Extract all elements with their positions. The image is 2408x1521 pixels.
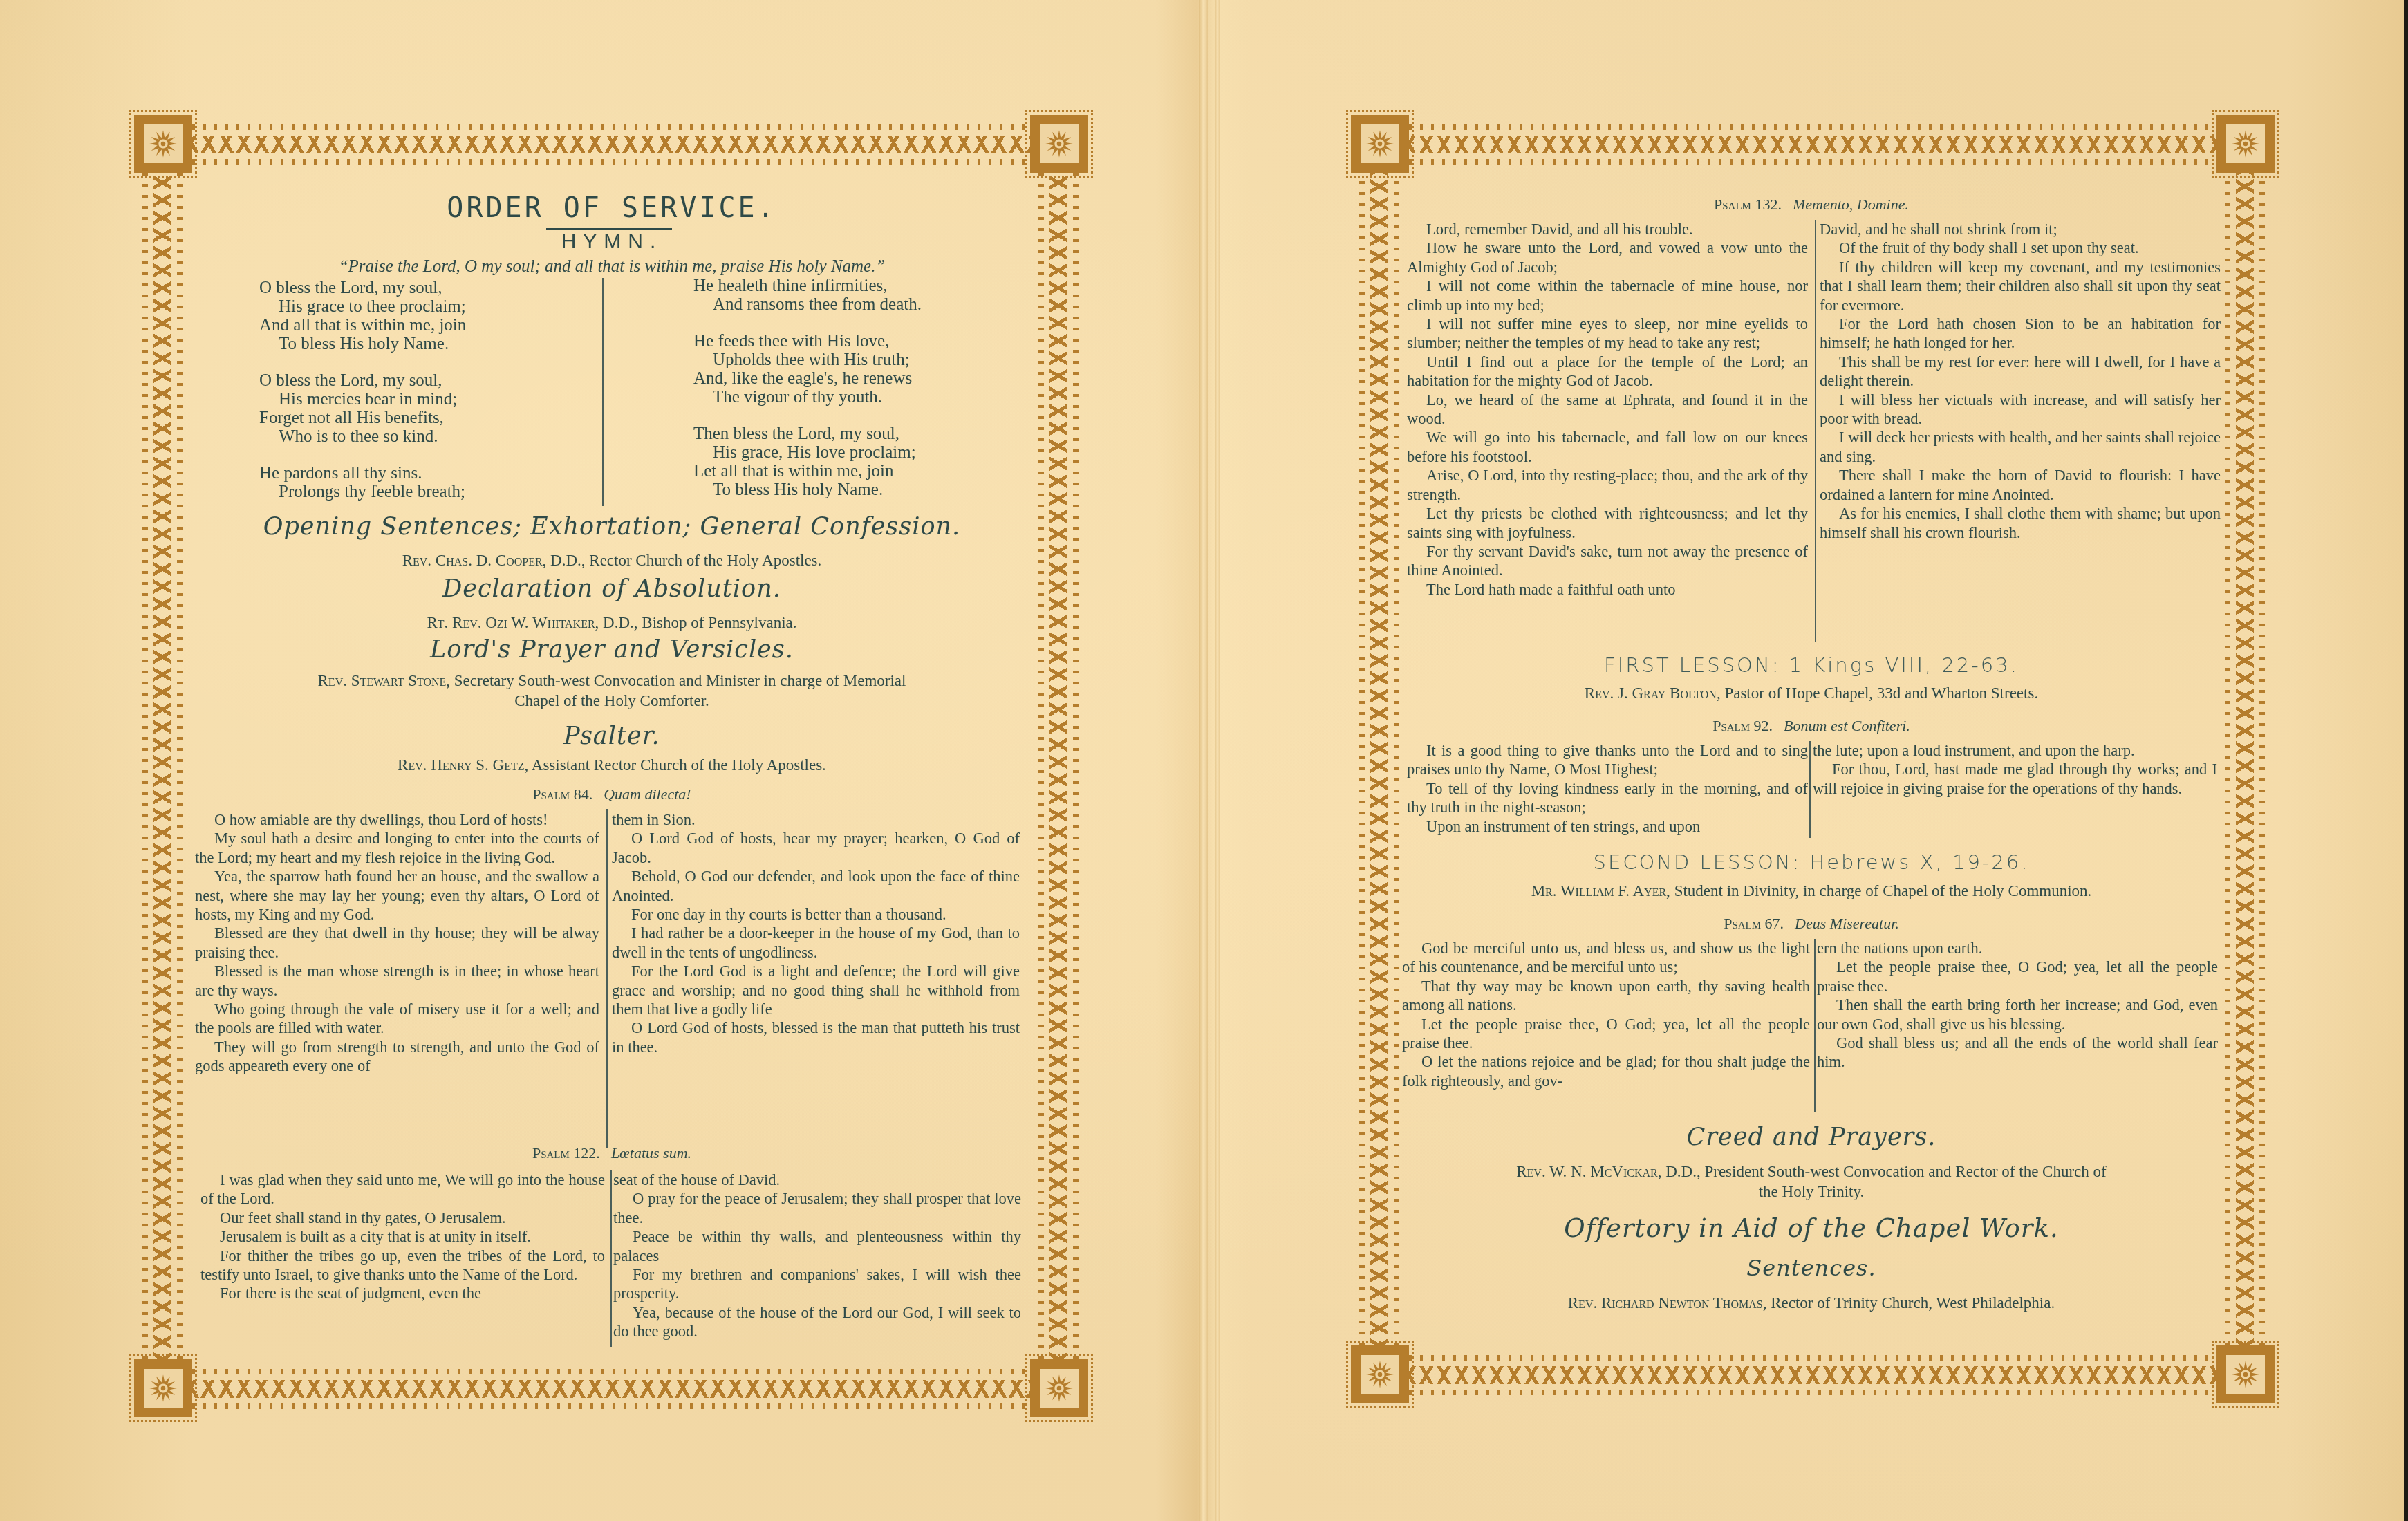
psalm-verse: Let the people praise thee, O God; yea, … xyxy=(1817,958,2218,996)
psalm-122-right-column: seat of the house of David.O pray for th… xyxy=(613,1170,1021,1341)
officiant-role: Assistant Rector Church of the Holy Apos… xyxy=(528,756,826,774)
officiant-role: Student in Divinity, in charge of Chapel… xyxy=(1670,882,2091,899)
psalm-92-right-column: the lute; upon a loud instrument, and up… xyxy=(1813,741,2217,798)
first-lesson-heading: FIRST LESSON: 1 Kings VIII, 22-63. xyxy=(1403,653,2219,677)
officiant-whitaker: Rt. Rev. Ozi W. Whitaker, D.D., Bishop o… xyxy=(194,613,1030,633)
psalm-verse: the lute; upon a loud instrument, and up… xyxy=(1813,741,2217,760)
psalm-67-right-column: ern the nations upon earth.Let the peopl… xyxy=(1817,939,2218,1072)
hymn-epigraph: “Praise the Lord, O my soul; and all tha… xyxy=(194,257,1030,277)
section-heading-psalter: Psalter. xyxy=(194,722,1030,750)
officiant-cooper: Rev. Chas. D. Cooper, D.D., Rector Churc… xyxy=(194,550,1030,570)
psalm-verse: God be merciful unto us, and bless us, a… xyxy=(1402,939,1810,977)
psalm-verse: The Lord hath made a faithful oath unto xyxy=(1407,580,1808,599)
psalm-verse: I will deck her priests with health, and… xyxy=(1820,428,2221,466)
officiant-bolton: Rev. J. Gray Bolton, Pastor of Hope Chap… xyxy=(1403,683,2219,703)
psalm-verse: Peace be within thy walls, and plenteous… xyxy=(613,1227,1021,1265)
rosette-icon xyxy=(1365,1359,1395,1390)
hymn-line: He healeth thine infirmities, xyxy=(693,277,1025,295)
gutter-fold-edge xyxy=(1215,0,1220,1521)
officiant-thomas: Rev. Richard Newton Thomas, Rector of Tr… xyxy=(1403,1293,2219,1313)
psalm-122-heading: Psalm 122.Lœtatus sum. xyxy=(194,1144,1030,1162)
psalm-verse: Lord, remember David, and all his troubl… xyxy=(1407,220,1808,239)
rosette-icon xyxy=(1365,129,1395,159)
psalm-84-heading: Psalm 84.Quam dilecta! xyxy=(194,785,1030,803)
psalm-verse: Yea, because of the house of the Lord ou… xyxy=(613,1303,1021,1341)
officiant-name: Mr. William F. Ayer, xyxy=(1531,882,1670,899)
psalm-verse: O pray for the peace of Jerusalem; they … xyxy=(613,1189,1021,1227)
psalm-verse: I will bless her victuals with increase,… xyxy=(1820,391,2221,429)
psalm-132-heading: Psalm 132.Memento, Domine. xyxy=(1403,196,2219,214)
psalm-verse: Upon an instrument of ten strings, and u… xyxy=(1407,817,1808,836)
corner-rosette-icon xyxy=(1351,115,1409,173)
section-heading-lords-prayer: Lord's Prayer and Versicles. xyxy=(194,636,1030,664)
program-spread: ORDER OF SERVICE. HYMN. “Praise the Lord… xyxy=(0,0,2408,1521)
psalm-verse: I will not suffer mine eyes to sleep, no… xyxy=(1407,315,1808,353)
rosette-icon xyxy=(1044,129,1074,159)
psalm-verse: ern the nations upon earth. xyxy=(1817,939,2218,958)
psalm-verse: O let the nations rejoice and be glad; f… xyxy=(1402,1052,1810,1090)
hymn-line: Then bless the Lord, my soul, xyxy=(693,424,1025,443)
psalm-verse: I had rather be a door-keeper in the hou… xyxy=(612,924,1020,962)
psalm-verse: Our feet shall stand in thy gates, O Jer… xyxy=(200,1209,605,1227)
hymn-line: Prolongs thy feeble breath; xyxy=(259,483,591,501)
hymn-line: His grace, His love proclaim; xyxy=(693,443,1025,462)
psalm-84-left-column: O how amiable are thy dwellings, thou Lo… xyxy=(195,810,599,1076)
hymn-line: And all that is within me, join xyxy=(259,316,591,335)
corner-rosette-icon xyxy=(134,1359,192,1417)
psalm-number: Psalm 122. xyxy=(532,1144,600,1161)
hymn-line: He feeds thee with His love, xyxy=(693,332,1025,351)
psalm-number: Psalm 92. xyxy=(1712,717,1773,734)
hymn-line: To bless His holy Name. xyxy=(259,335,591,353)
psalm-verse: It is a good thing to give thanks unto t… xyxy=(1407,741,1808,779)
section-heading-creed: Creed and Prayers. xyxy=(1403,1123,2219,1151)
psalm-verse: As for his enemies, I shall clothe them … xyxy=(1820,504,2221,542)
psalm-verse: Then shall the earth bring forth her inc… xyxy=(1817,996,2218,1034)
psalm-verse: For there is the seat of judgment, even … xyxy=(200,1284,605,1303)
psalm-verse: For the Lord God is a light and defence;… xyxy=(612,962,1020,1018)
officiant-name: Rev. W. N. McVickar, xyxy=(1516,1163,1661,1180)
psalm-verse: For thou, Lord, hast made me glad throug… xyxy=(1813,760,2217,798)
psalm-verse: There shall I make the horn of David to … xyxy=(1820,466,2221,504)
hymn-line: His mercies bear in mind; xyxy=(259,390,591,409)
border-top xyxy=(1405,124,2221,165)
officiant-role: D.D., Rector Church of the Holy Apostles… xyxy=(546,552,821,569)
corner-rosette-icon xyxy=(2216,115,2275,173)
officiant-name: Rev. Henry S. Getz, xyxy=(398,756,528,774)
psalm-verse: To tell of thy loving kindness early in … xyxy=(1407,779,1808,817)
psalm-latin-title: Bonum est Confiteri. xyxy=(1784,717,1910,734)
rosette-icon xyxy=(2230,1359,2261,1390)
psalm-verse: Lo, we heard of the same at Ephrata, and… xyxy=(1407,391,1808,429)
psalm-latin-title: Deus Misereatur. xyxy=(1795,915,1899,932)
psalm-67-left-column: God be merciful unto us, and bless us, a… xyxy=(1402,939,1810,1090)
officiant-name: Rt. Rev. Ozi W. Whitaker, xyxy=(427,614,599,631)
officiant-role: D.D., President South-west Convocation a… xyxy=(1661,1163,2106,1180)
psalm-verse: Blessed are they that dwell in thy house… xyxy=(195,924,599,962)
psalm-latin-title: Memento, Domine. xyxy=(1793,196,1909,213)
border-top xyxy=(188,124,1037,165)
psalm-92-heading: Psalm 92.Bonum est Confiteri. xyxy=(1403,717,2219,735)
hymn-right-column: He healeth thine infirmities,And ransoms… xyxy=(693,277,1025,499)
psalm-verse: O Lord God of hosts, hear my prayer; hea… xyxy=(612,829,1020,867)
psalm-verse: For the Lord hath chosen Sion to be an h… xyxy=(1820,315,2221,353)
officiant-name: Rev. Richard Newton Thomas, xyxy=(1568,1294,1767,1312)
psalm-latin-title: Lœtatus sum. xyxy=(611,1144,691,1161)
hymn-line: To bless His holy Name. xyxy=(693,480,1025,499)
psalm-67-column-rule xyxy=(1814,939,1816,1112)
officiant-name: Rev. Stewart Stone, xyxy=(318,672,451,689)
hymn-line: He pardons all thy sins. xyxy=(259,464,591,483)
corner-rosette-icon xyxy=(1030,1359,1088,1417)
psalm-number: Psalm 67. xyxy=(1724,915,1784,932)
corner-rosette-icon xyxy=(134,115,192,173)
psalm-verse: We will go into his tabernacle, and fall… xyxy=(1407,428,1808,466)
psalm-122-column-rule xyxy=(610,1170,612,1347)
psalm-verse: Yea, the sparrow hath found her an house… xyxy=(195,867,599,924)
officiant-role: Pastor of Hope Chapel, 33d and Wharton S… xyxy=(1721,684,2038,702)
officiant-name: Rev. J. Gray Bolton, xyxy=(1585,684,1721,702)
psalm-verse: Let the people praise thee, O God; yea, … xyxy=(1402,1015,1810,1053)
hymn-line: Forget not all His benefits, xyxy=(259,409,591,427)
officiant-role: Secretary South-west Convocation and Min… xyxy=(450,672,906,689)
corner-rosette-icon xyxy=(1351,1345,1409,1403)
psalm-132-column-rule xyxy=(1815,220,1816,642)
psalm-verse: Blessed is the man whose strength is in … xyxy=(195,962,599,1000)
psalm-verse: I was glad when they said unto me, We wi… xyxy=(200,1170,605,1209)
border-right xyxy=(1038,173,1079,1363)
border-right xyxy=(2225,173,2265,1350)
section-heading-sentences: Sentences. xyxy=(1403,1255,2219,1281)
psalm-verse: My soul hath a desire and longing to ent… xyxy=(195,829,599,867)
scan-edge xyxy=(2404,0,2408,1521)
hymn-line: And, like the eagle's, he renews xyxy=(693,369,1025,388)
psalm-verse: David, and he shall not shrink from it; xyxy=(1820,220,2221,239)
officiant-name: Rev. Chas. D. Cooper, xyxy=(402,552,547,569)
section-heading-absolution: Declaration of Absolution. xyxy=(194,575,1030,603)
officiant-getz: Rev. Henry S. Getz, Assistant Rector Chu… xyxy=(194,755,1030,775)
rosette-icon xyxy=(2230,129,2261,159)
hymn-heading: HYMN. xyxy=(194,230,1030,254)
psalm-verse: Until I find out a place for the temple … xyxy=(1407,353,1808,391)
section-heading-opening: Opening Sentences; Exhortation; General … xyxy=(194,513,1030,541)
corner-rosette-icon xyxy=(2216,1345,2275,1403)
psalm-132-left-column: Lord, remember David, and all his troubl… xyxy=(1407,220,1808,599)
border-bottom xyxy=(1405,1355,2221,1395)
hymn-line: And ransoms thee from death. xyxy=(693,295,1025,314)
psalm-verse: For thy servant David's sake, turn not a… xyxy=(1407,542,1808,580)
psalm-number: Psalm 132. xyxy=(1714,196,1782,213)
rosette-icon xyxy=(1044,1373,1074,1403)
hymn-line: O bless the Lord, my soul, xyxy=(259,371,591,390)
officiant-role-cont: the Holy Trinity. xyxy=(1759,1183,1865,1200)
psalm-verse: Let thy priests be clothed with righteou… xyxy=(1407,504,1808,542)
officiant-role-cont: Chapel of the Holy Comforter. xyxy=(514,692,709,709)
psalm-verse: Jerusalem is built as a city that is at … xyxy=(200,1227,605,1246)
psalm-verse: For one day in thy courts is better than… xyxy=(612,905,1020,924)
second-lesson-heading: SECOND LESSON: Hebrews X, 19-26. xyxy=(1403,850,2219,874)
officiant-ayer: Mr. William F. Ayer, Student in Divinity… xyxy=(1403,881,2219,901)
hymn-left-column: O bless the Lord, my soul,His grace to t… xyxy=(259,279,591,501)
psalm-verse: them in Sion. xyxy=(612,810,1020,829)
psalm-verse: How he sware unto the Lord, and vowed a … xyxy=(1407,239,1808,277)
psalm-verse: For my brethren and companions' sakes, I… xyxy=(613,1265,1021,1303)
hymn-column-rule xyxy=(602,278,604,506)
officiant-role: D.D., Bishop of Pennsylvania. xyxy=(599,614,796,631)
rosette-icon xyxy=(148,129,178,159)
psalm-number: Psalm 84. xyxy=(532,785,592,803)
psalm-verse: That thy way may be known upon earth, th… xyxy=(1402,977,1810,1015)
psalm-verse: Arise, O Lord, into thy resting-place; t… xyxy=(1407,466,1808,504)
psalm-verse: Behold, O God our defender, and look upo… xyxy=(612,867,1020,905)
officiant-stone: Rev. Stewart Stone, Secretary South-west… xyxy=(190,671,1034,711)
hymn-line: Upholds thee with His truth; xyxy=(693,351,1025,369)
psalm-verse: Who going through the vale of misery use… xyxy=(195,1000,599,1038)
section-heading-offertory: Offertory in Aid of the Chapel Work. xyxy=(1403,1213,2219,1243)
psalm-verse: Of the fruit of thy body shall I set upo… xyxy=(1820,239,2221,257)
hymn-line: Who is to thee so kind. xyxy=(259,427,591,446)
psalm-verse: They will go from strength to strength, … xyxy=(195,1038,599,1076)
psalm-84-right-column: them in Sion.O Lord God of hosts, hear m… xyxy=(612,810,1020,1056)
psalm-verse: I will not come within the tabernacle of… xyxy=(1407,277,1808,315)
border-bottom xyxy=(188,1369,1037,1409)
hymn-line: O bless the Lord, my soul, xyxy=(259,279,591,297)
officiant-mcvickar: Rev. W. N. McVickar, D.D., President Sou… xyxy=(1403,1161,2219,1202)
psalm-verse: This shall be my rest for ever: here wil… xyxy=(1820,353,2221,391)
psalm-verse: O how amiable are thy dwellings, thou Lo… xyxy=(195,810,599,829)
psalm-verse: For thither the tribes go up, even the t… xyxy=(200,1247,605,1285)
hymn-line: The vigour of thy youth. xyxy=(693,388,1025,407)
hymn-line: Let all that is within me, join xyxy=(693,462,1025,480)
psalm-verse: If thy children will keep my covenant, a… xyxy=(1820,258,2221,315)
page-title: ORDER OF SERVICE. xyxy=(194,192,1030,224)
title-rule xyxy=(546,228,672,230)
psalm-92-left-column: It is a good thing to give thanks unto t… xyxy=(1407,741,1808,836)
psalm-132-right-column: David, and he shall not shrink from it;O… xyxy=(1820,220,2221,542)
psalm-verse: God shall bless us; and all the ends of … xyxy=(1817,1034,2218,1072)
psalm-verse: seat of the house of David. xyxy=(613,1170,1021,1189)
psalm-latin-title: Quam dilecta! xyxy=(604,785,691,803)
hymn-line: His grace to thee proclaim; xyxy=(259,297,591,316)
corner-rosette-icon xyxy=(1030,115,1088,173)
psalm-84-column-rule xyxy=(606,809,608,1148)
border-left xyxy=(142,173,183,1363)
officiant-role: Rector of Trinity Church, West Philadelp… xyxy=(1766,1294,2055,1312)
rosette-icon xyxy=(148,1373,178,1403)
gutter-fold xyxy=(1199,0,1208,1521)
psalm-67-heading: Psalm 67.Deus Misereatur. xyxy=(1403,915,2219,933)
psalm-verse: O Lord God of hosts, blessed is the man … xyxy=(612,1018,1020,1056)
psalm-92-column-rule xyxy=(1809,741,1811,838)
border-left xyxy=(1359,173,1399,1350)
psalm-122-left-column: I was glad when they said unto me, We wi… xyxy=(200,1170,605,1303)
